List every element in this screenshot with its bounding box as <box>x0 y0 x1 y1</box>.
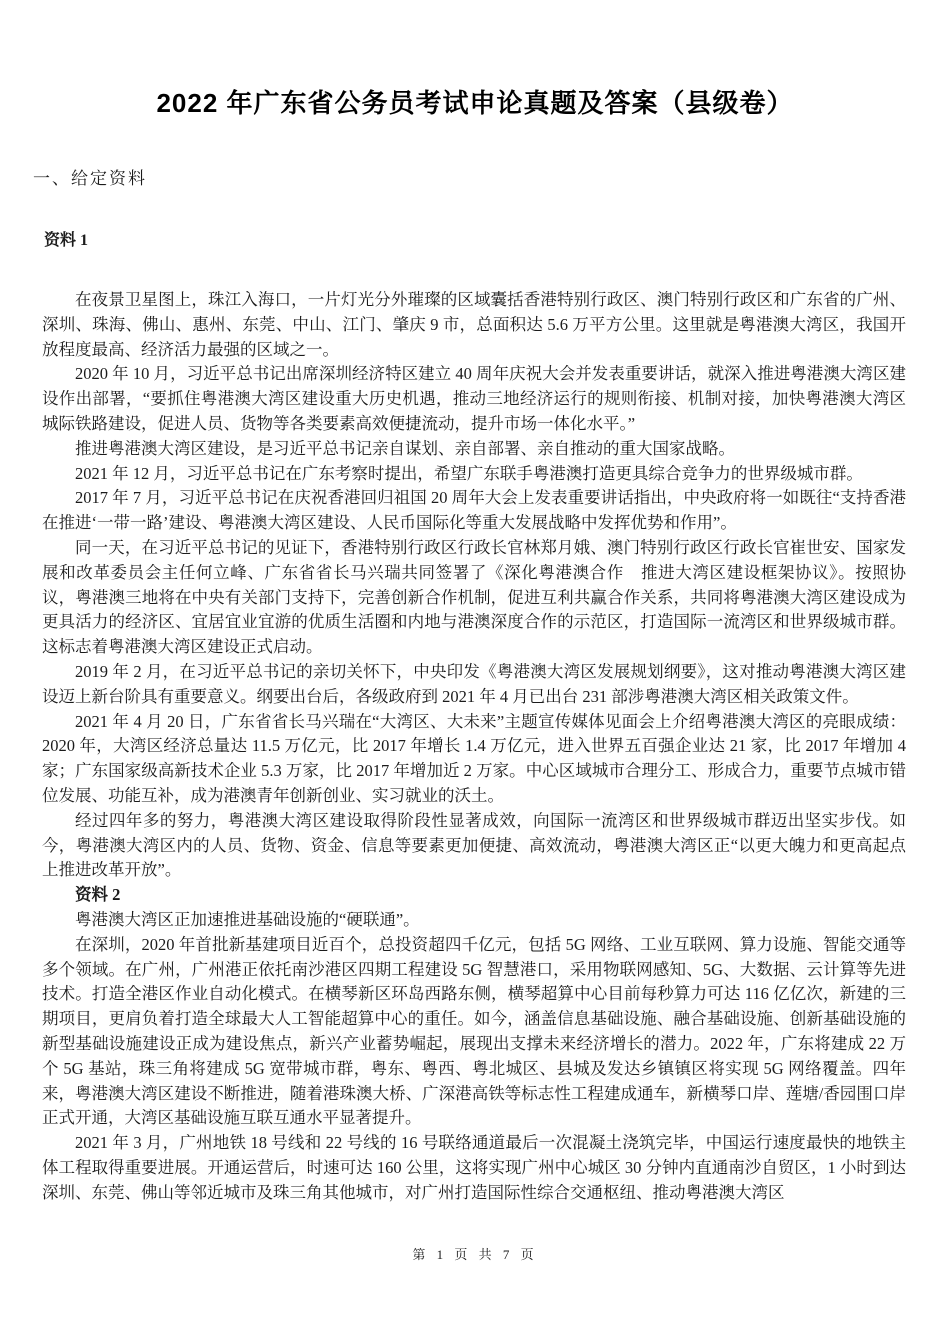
paragraph: 在深圳，2020 年首批新基建项目近百个，总投资超四千亿元，包括 5G 网络、工… <box>42 933 906 1131</box>
paragraph: 在夜景卫星图上，珠江入海口，一片灯光分外璀璨的区域囊括香港特别行政区、澳门特别行… <box>42 288 906 362</box>
paragraph: 2019 年 2 月，在习近平总书记的亲切关怀下，中央印发《粤港澳大湾区发展规划… <box>42 660 906 710</box>
paragraph: 同一天，在习近平总书记的见证下，香港特别行政区行政长官林郑月娥、澳门特别行政区行… <box>42 536 906 660</box>
document-title: 2022 年广东省公务员考试申论真题及答案（县级卷） <box>0 0 950 120</box>
paragraph: 2021 年 4 月 20 日，广东省省长马兴瑞在“大湾区、大未来”主题宣传媒体… <box>42 710 906 809</box>
section-heading-given-materials: 一、给定资料 <box>33 168 908 190</box>
document-body: 在夜景卫星图上，珠江入海口，一片灯光分外璀璨的区域囊括香港特别行政区、澳门特别行… <box>42 288 906 1205</box>
paragraph: 2021 年 12 月，习近平总书记在广东考察时提出，希望广东联手粤港澳打造更具… <box>42 462 906 487</box>
material-1-heading: 资料 1 <box>44 230 908 252</box>
document-page: 2022 年广东省公务员考试申论真题及答案（县级卷） 一、给定资料 资料 1 在… <box>0 0 950 1344</box>
paragraph: 2021 年 3 月，广州地铁 18 号线和 22 号线的 16 号联络通道最后… <box>42 1131 906 1205</box>
material-2-heading: 资料 2 <box>42 883 906 908</box>
paragraph: 经过四年多的努力，粤港澳大湾区建设取得阶段性显著成效，向国际一流湾区和世界级城市… <box>42 809 906 883</box>
paragraph: 推进粤港澳大湾区建设，是习近平总书记亲自谋划、亲自部署、亲自推动的重大国家战略。 <box>42 437 906 462</box>
paragraph: 2020 年 10 月，习近平总书记出席深圳经济特区建立 40 周年庆祝大会并发… <box>42 362 906 436</box>
paragraph: 粤港澳大湾区正加速推进基础设施的“硬联通”。 <box>42 908 906 933</box>
paragraph: 2017 年 7 月，习近平总书记在庆祝香港回归祖国 20 周年大会上发表重要讲… <box>42 486 906 536</box>
page-number: 第 1 页 共 7 页 <box>0 1247 950 1262</box>
